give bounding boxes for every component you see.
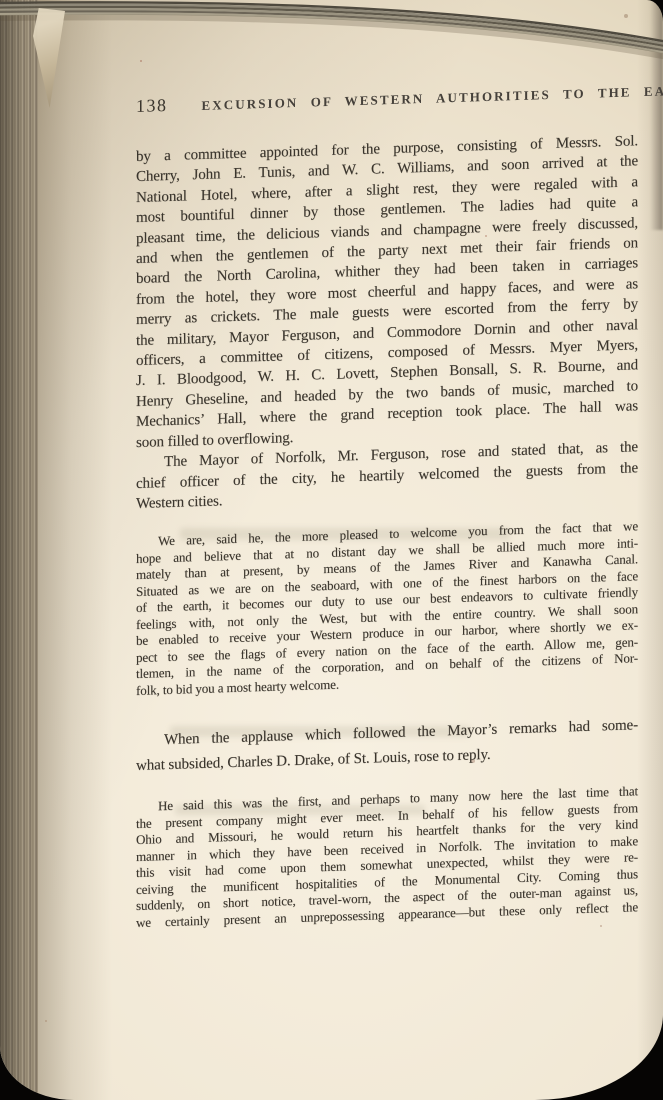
running-header: 138 EXCURSION OF WESTERN AUTHORITIES TO …	[136, 80, 638, 117]
top-page-edges	[0, 0, 663, 80]
left-page-edges	[0, 0, 38, 1100]
paragraph: We are, said he, the more pleased to wel…	[136, 519, 638, 700]
scanned-book-photo: 138 EXCURSION OF WESTERN AUTHORITIES TO …	[0, 0, 663, 1100]
text-block: by a committee appointed for the purpose…	[136, 131, 638, 931]
book-page: 138 EXCURSION OF WESTERN AUTHORITIES TO …	[0, 0, 663, 1100]
printed-content: 138 EXCURSION OF WESTERN AUTHORITIES TO …	[136, 80, 638, 931]
paragraph: When the applause which followed the May…	[136, 714, 638, 780]
gutter-shadow	[38, 0, 112, 1100]
page-number: 138	[136, 95, 168, 117]
running-title: EXCURSION OF WESTERN AUTHORITIES TO THE …	[202, 83, 663, 114]
paragraph: by a committee appointed for the purpose…	[136, 131, 638, 453]
paragraph: He said this was the first, and perhaps …	[136, 784, 638, 932]
